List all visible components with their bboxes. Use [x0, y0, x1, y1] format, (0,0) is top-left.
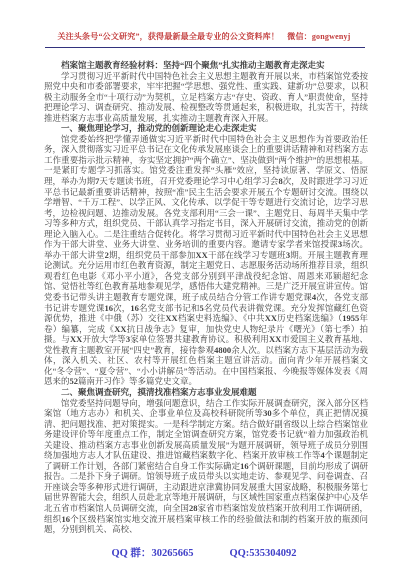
- qq-label: QQ:: [229, 548, 249, 559]
- qq-group-label: QQ 群：: [111, 548, 151, 559]
- qq-contact: QQ:535304092: [229, 548, 296, 559]
- document-body: 档案馆主题教育经验材料：坚持“四个聚焦”扎实推动主题教育走深走实 学习贯彻习近平…: [44, 60, 368, 535]
- document-page: 关注头条号“公文研究”，获得最新最全最专业的公文资料库！ 微信：gongweny…: [0, 0, 408, 580]
- header-underline: [45, 47, 365, 48]
- body-paragraph: 学习贯彻习近平新时代中国特色社会主义思想主题教育开展以来，市档案馆党委按照党中央…: [44, 71, 368, 124]
- promo-header: 关注头条号“公文研究”，获得最新最全最专业的公文资料库！ 微信：gongweny…: [0, 0, 408, 44]
- body-paragraph: 馆党委始终把学懂弄通做实习近平新时代中国特色社会主义思想作为首要政治任务，深入贯…: [44, 134, 368, 387]
- qq-group-number: 30265665: [151, 548, 193, 559]
- paragraphs-container: 学习贯彻习近平新时代中国特色社会主义思想主题教育开展以来，市档案馆党委按照党中央…: [44, 71, 368, 535]
- contact-footer: QQ 群：30265665QQ:535304092: [0, 545, 408, 560]
- section-heading: 二、聚焦调查研究，摸清找准档案方志事业发展难题: [44, 387, 368, 398]
- section-heading: 一、聚焦理论学习，推动党的创新理论走心走深走实: [44, 123, 368, 134]
- qq-number: 535304092: [249, 548, 296, 559]
- qq-group-contact: QQ 群：30265665: [111, 548, 193, 559]
- document-title: 档案馆主题教育经验材料：坚持“四个聚焦”扎实推动主题教育走深走实: [44, 60, 368, 71]
- promo-header-text: 关注头条号“公文研究”，获得最新最全最专业的公文资料库！ 微信：gongweny…: [57, 32, 350, 41]
- body-paragraph: 馆党委坚持问题导向，增强问题意识，结合工作实际开展调查研究，深入部分区档案馆（地…: [44, 398, 368, 535]
